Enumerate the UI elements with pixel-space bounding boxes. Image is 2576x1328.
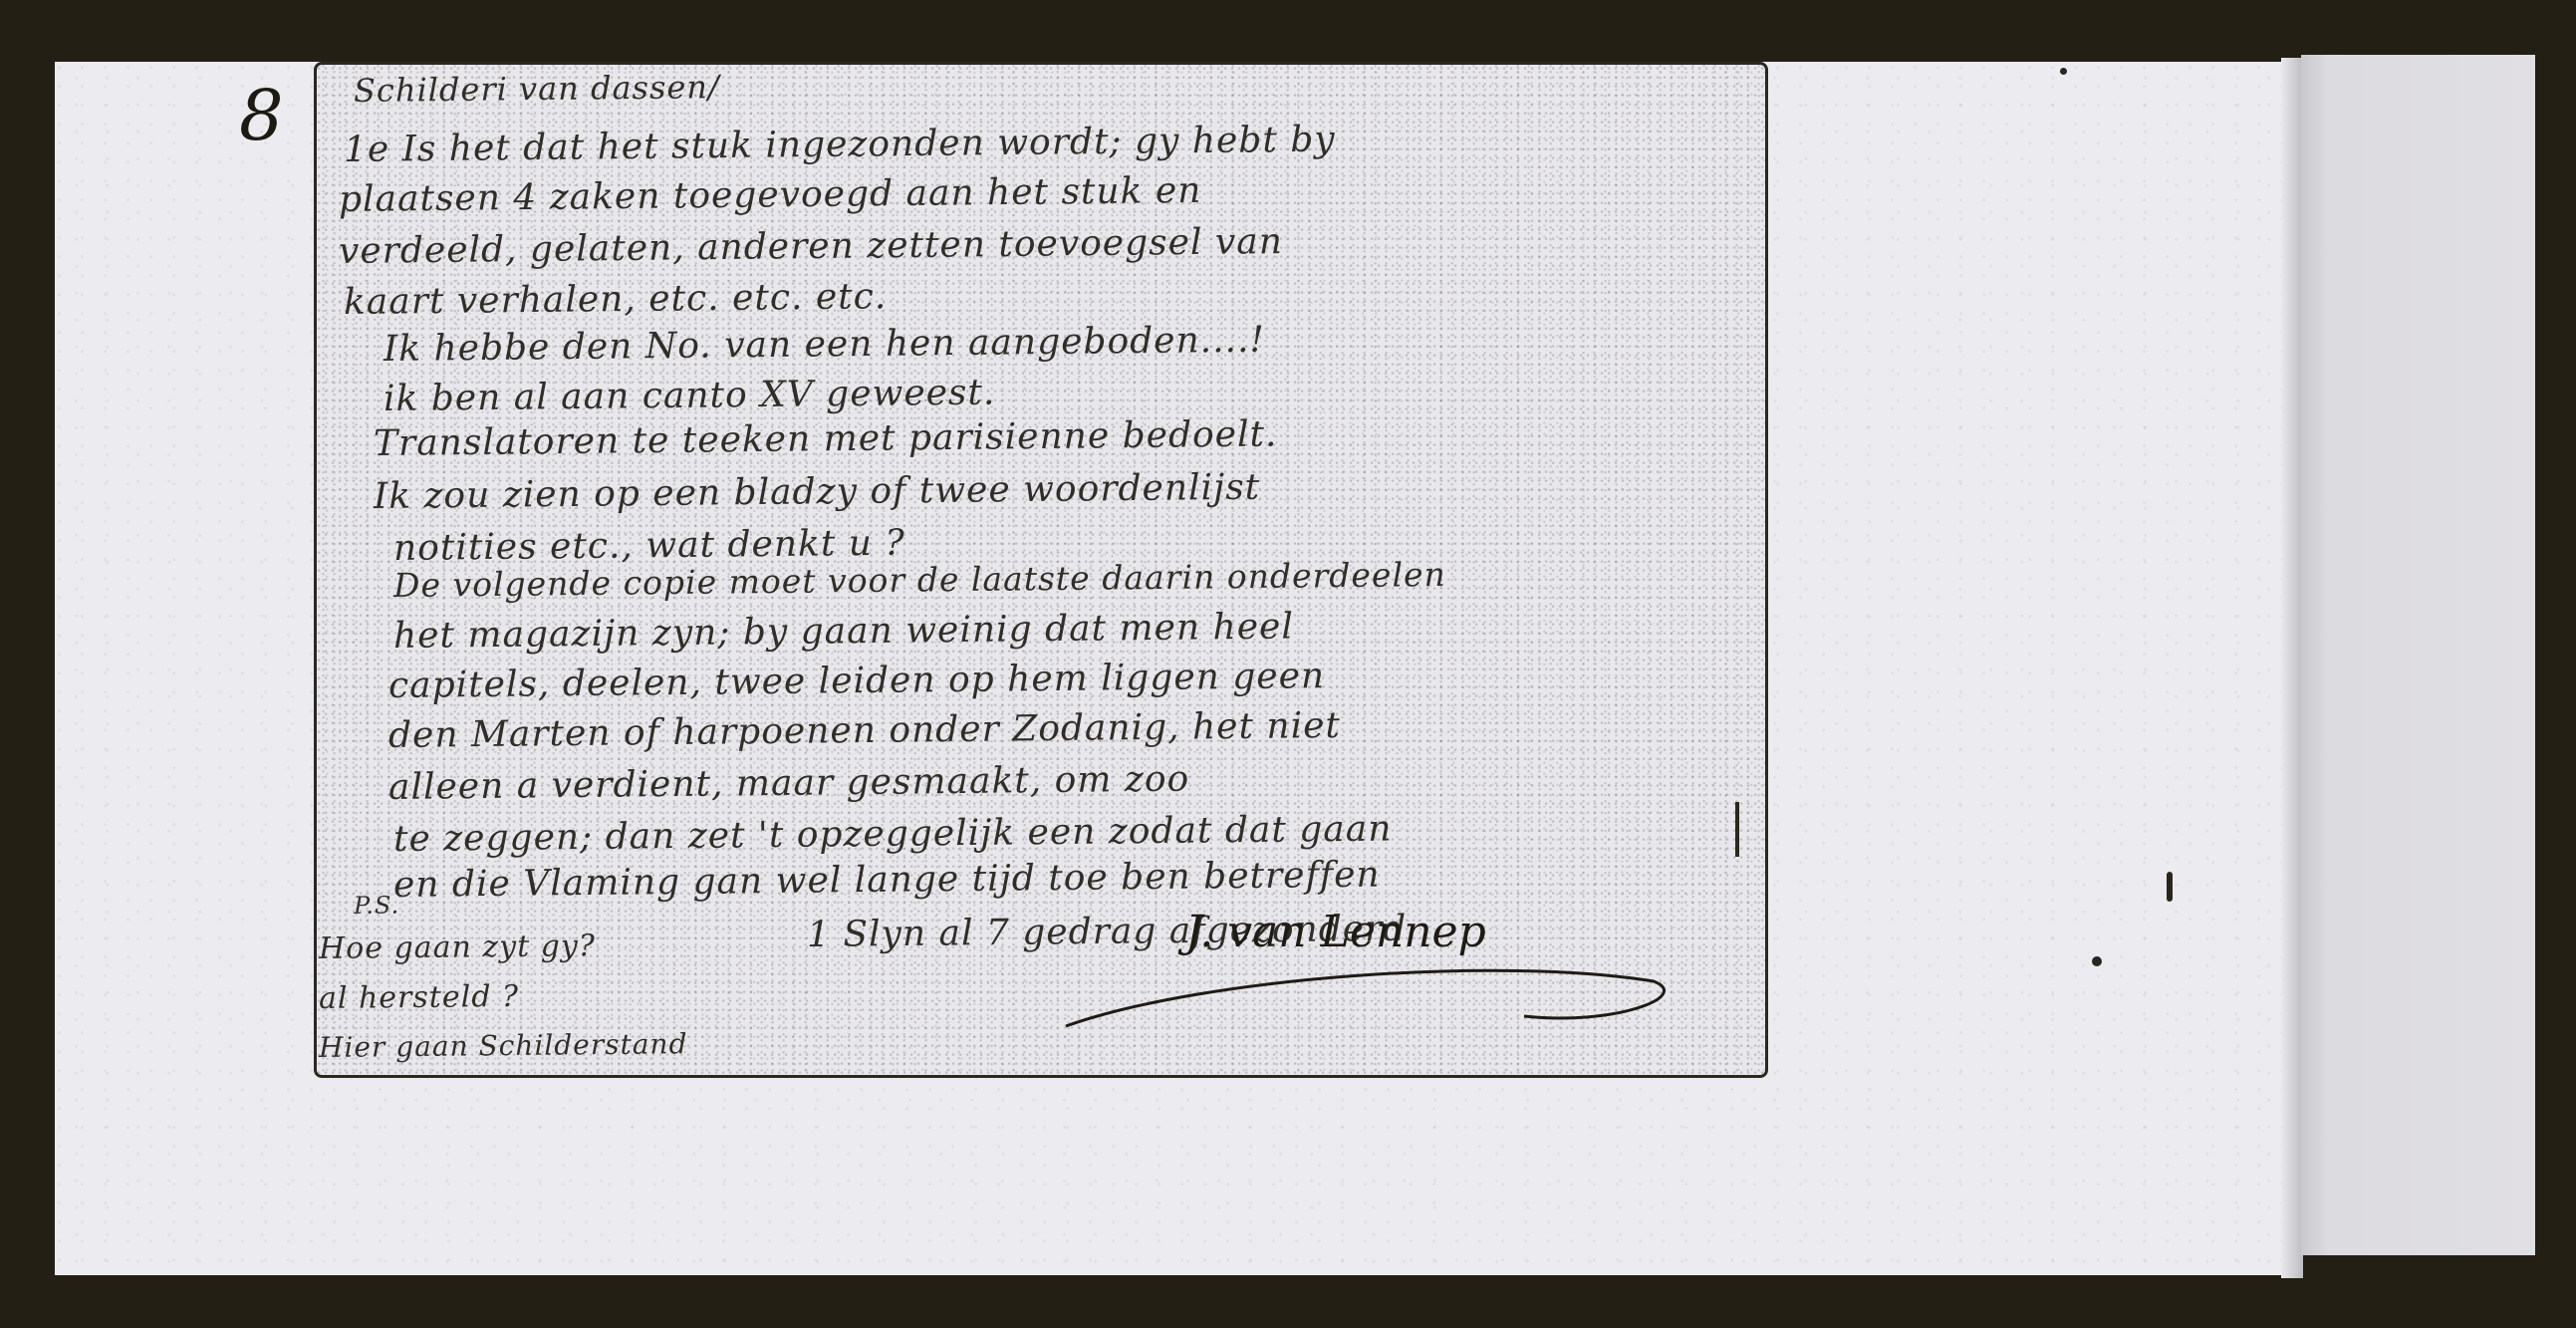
letter-line: ik ben al aan canto XV geweest. [384,373,996,419]
ink-speck [2060,68,2067,75]
postscript-line: Hier gaan Schilderstand [319,1027,688,1064]
letter-line: kaart verhalen, etc. etc. etc. [344,276,888,323]
postscript-line: Hoe gaan zyt gy? [319,929,596,966]
letter-line: Schilderi van dassen/ [354,68,720,110]
ink-speck [2167,872,2173,902]
letter-line: alleen a verdient, maar gesmaakt, om zoo [388,759,1190,808]
page-edge [2281,58,2303,1278]
margin-mark [1735,802,1739,857]
postscript-label: P.S. [354,892,399,920]
ink-speck [2092,956,2102,966]
page-number: 8 [239,75,284,156]
postscript-line: al hersteld ? [319,979,519,1016]
backing-sheet [2301,55,2535,1255]
signature-flourish-icon [1056,956,1674,1036]
signature: J. van Lennep [1185,907,1486,957]
